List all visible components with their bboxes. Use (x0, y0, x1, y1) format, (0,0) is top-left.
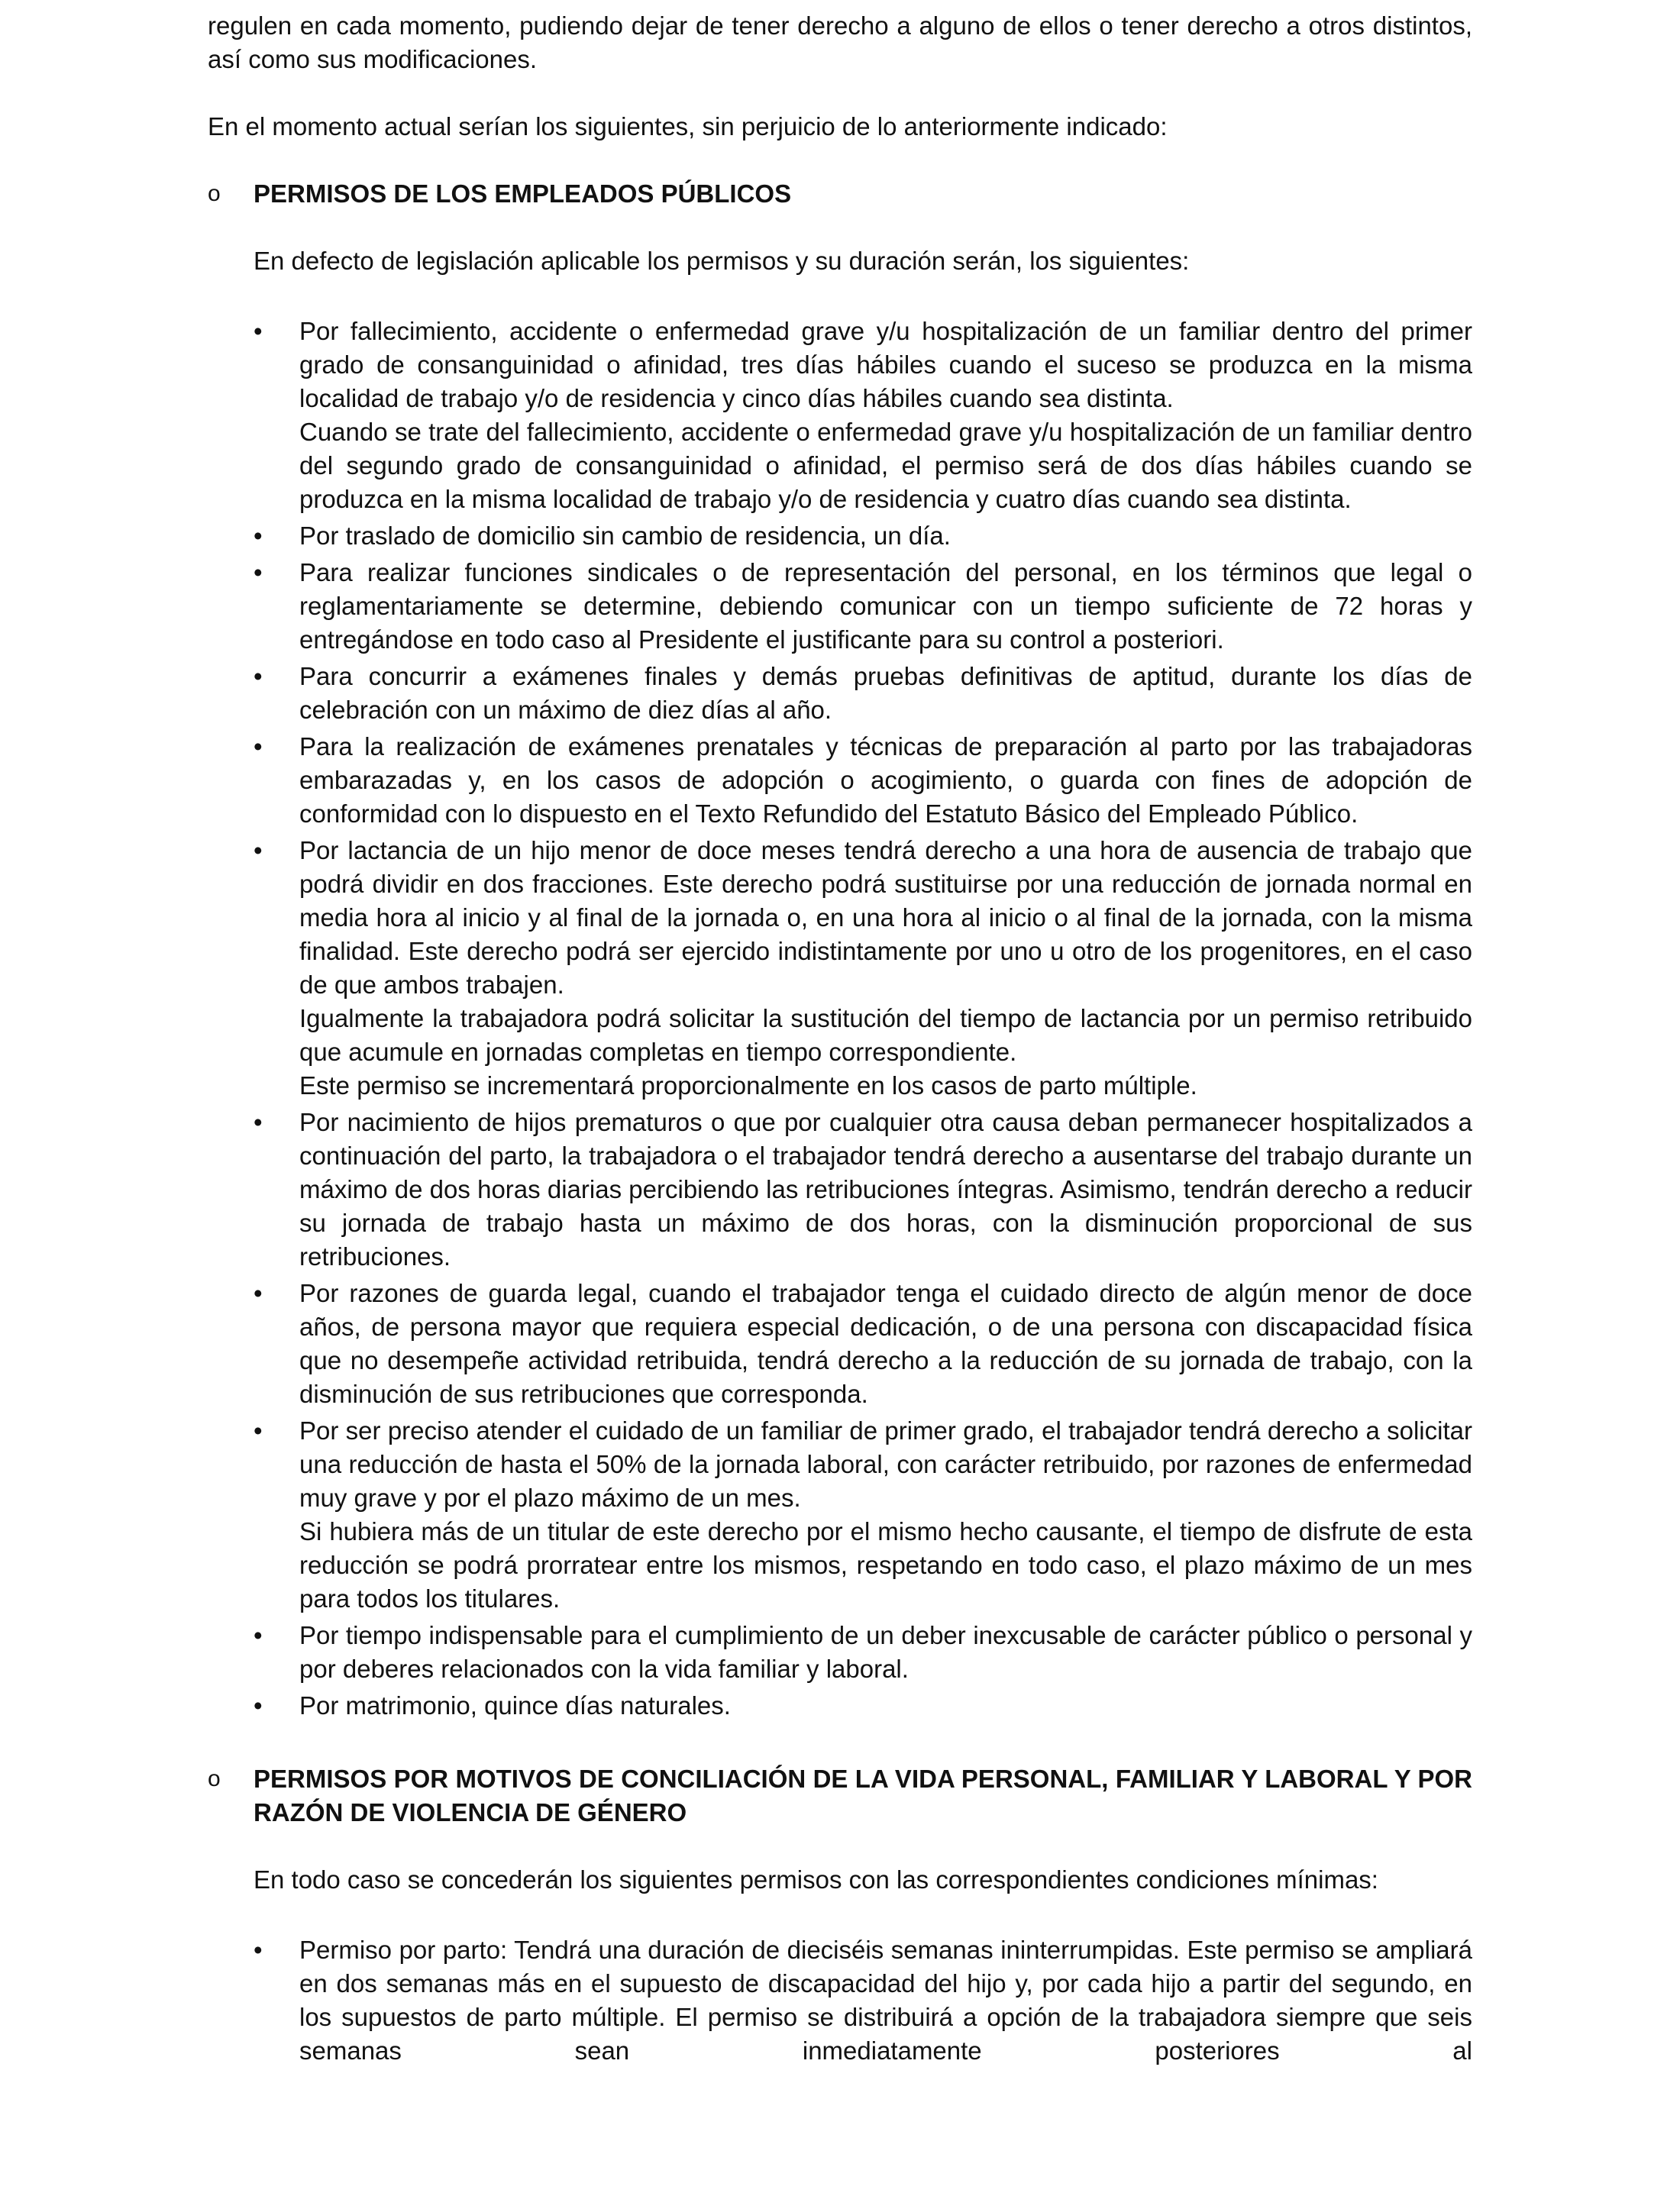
list-item-text: Este permiso se incrementará proporciona… (299, 1069, 1472, 1103)
bullet-icon: • (254, 519, 299, 553)
permit-list: • Permiso por parto: Tendrá una duración… (254, 1933, 1472, 2068)
list-item-text: Por lactancia de un hijo menor de doce m… (299, 834, 1472, 1002)
bullet-icon: • (254, 315, 299, 516)
bullet-icon: • (254, 1414, 299, 1616)
list-item: • Para concurrir a exámenes finales y de… (254, 660, 1472, 727)
permit-list: • Por fallecimiento, accidente o enferme… (254, 315, 1472, 1723)
document-page: regulen en cada momento, pudiendo dejar … (208, 9, 1472, 2071)
list-item: • Por tiempo indispensable para el cumpl… (254, 1619, 1472, 1686)
list-item-text: Por fallecimiento, accidente o enfermeda… (299, 315, 1472, 415)
section-title: PERMISOS DE LOS EMPLEADOS PÚBLICOS (254, 177, 1472, 211)
list-item-text: Por razones de guarda legal, cuando el t… (299, 1277, 1472, 1411)
section-lead: En defecto de legislación aplicable los … (254, 244, 1472, 278)
hollow-circle-bullet-icon: o (208, 1762, 254, 1796)
section-lead: En todo caso se concederán los siguiente… (254, 1863, 1472, 1897)
list-item: • Por razones de guarda legal, cuando el… (254, 1277, 1472, 1411)
intro-current: En el momento actual serían los siguient… (208, 110, 1472, 144)
section-heading-empleados-publicos: o PERMISOS DE LOS EMPLEADOS PÚBLICOS (208, 177, 1472, 211)
list-item: • Por ser preciso atender el cuidado de … (254, 1414, 1472, 1616)
list-item: • Permiso por parto: Tendrá una duración… (254, 1933, 1472, 2068)
list-item-text: Si hubiera más de un titular de este der… (299, 1515, 1472, 1616)
list-item-text: Para la realización de exámenes prenatal… (299, 730, 1472, 831)
bullet-icon: • (254, 556, 299, 657)
list-item-text: Por traslado de domicilio sin cambio de … (299, 519, 1472, 553)
bullet-icon: • (254, 1277, 299, 1411)
list-item-text: Para realizar funciones sindicales o de … (299, 556, 1472, 657)
list-item-text: Por matrimonio, quince días naturales. (299, 1689, 1472, 1723)
list-item: • Por traslado de domicilio sin cambio d… (254, 519, 1472, 553)
list-item: • Por fallecimiento, accidente o enferme… (254, 315, 1472, 516)
list-item-text: Permiso por parto: Tendrá una duración d… (299, 1933, 1472, 2068)
bullet-icon: • (254, 1619, 299, 1686)
list-item: • Para realizar funciones sindicales o d… (254, 556, 1472, 657)
list-item-text: Igualmente la trabajadora podrá solicita… (299, 1002, 1472, 1069)
list-item-text: Por tiempo indispensable para el cumplim… (299, 1619, 1472, 1686)
list-item: • Por lactancia de un hijo menor de doce… (254, 834, 1472, 1103)
bullet-icon: • (254, 1689, 299, 1723)
bullet-icon: • (254, 1106, 299, 1274)
hollow-circle-bullet-icon: o (208, 177, 254, 211)
list-item: • Para la realización de exámenes prenat… (254, 730, 1472, 831)
list-item-text: Por nacimiento de hijos prematuros o que… (299, 1106, 1472, 1274)
bullet-icon: • (254, 660, 299, 727)
list-item-text: Para concurrir a exámenes finales y demá… (299, 660, 1472, 727)
list-item: • Por nacimiento de hijos prematuros o q… (254, 1106, 1472, 1274)
section-heading-conciliacion: o PERMISOS POR MOTIVOS DE CONCILIACIÓN D… (208, 1762, 1472, 1830)
list-item: • Por matrimonio, quince días naturales. (254, 1689, 1472, 1723)
bullet-icon: • (254, 1933, 299, 2068)
bullet-icon: • (254, 834, 299, 1103)
section-title: PERMISOS POR MOTIVOS DE CONCILIACIÓN DE … (254, 1762, 1472, 1830)
bullet-icon: • (254, 730, 299, 831)
list-item-text: Por ser preciso atender el cuidado de un… (299, 1414, 1472, 1515)
intro-continuation: regulen en cada momento, pudiendo dejar … (208, 9, 1472, 76)
list-item-text: Cuando se trate del fallecimiento, accid… (299, 415, 1472, 516)
